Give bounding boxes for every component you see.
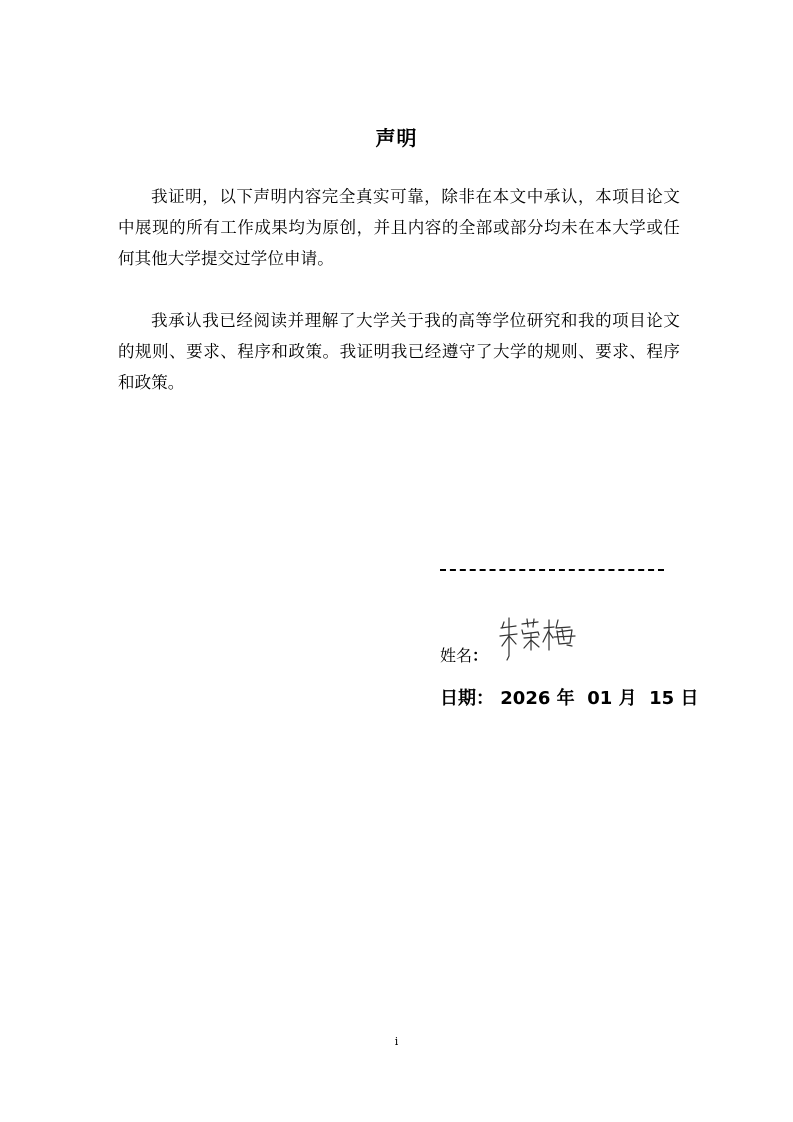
name-label-text: 姓名: [440, 646, 472, 665]
page-number: i: [0, 1035, 793, 1049]
date-line: 日期： 2026 年 01 月 15 日: [440, 686, 698, 712]
declaration-paragraph-2: 我承认我已经阅读并理解了大学关于我的高等学位研究和我的项目论文的规则、要求、程序…: [118, 305, 680, 398]
date-year: 2026: [500, 688, 550, 709]
date-month-unit: 月: [619, 688, 637, 709]
date-label: 日期：: [440, 688, 494, 709]
date-month: 01: [587, 688, 612, 709]
handwritten-signature: 朱荣梅: [498, 616, 578, 664]
name-label: 姓名：: [440, 645, 488, 667]
date-day: 15: [649, 688, 674, 709]
date-year-unit: 年: [557, 688, 575, 709]
name-label-colon: ：: [472, 646, 488, 665]
declaration-paragraph-1: 我证明，以下声明内容完全真实可靠，除非在本文中承认，本项目论文中展现的所有工作成…: [118, 181, 680, 274]
signature-line: [440, 569, 664, 571]
date-day-unit: 日: [680, 688, 698, 709]
page-title: 声明: [0, 124, 793, 152]
